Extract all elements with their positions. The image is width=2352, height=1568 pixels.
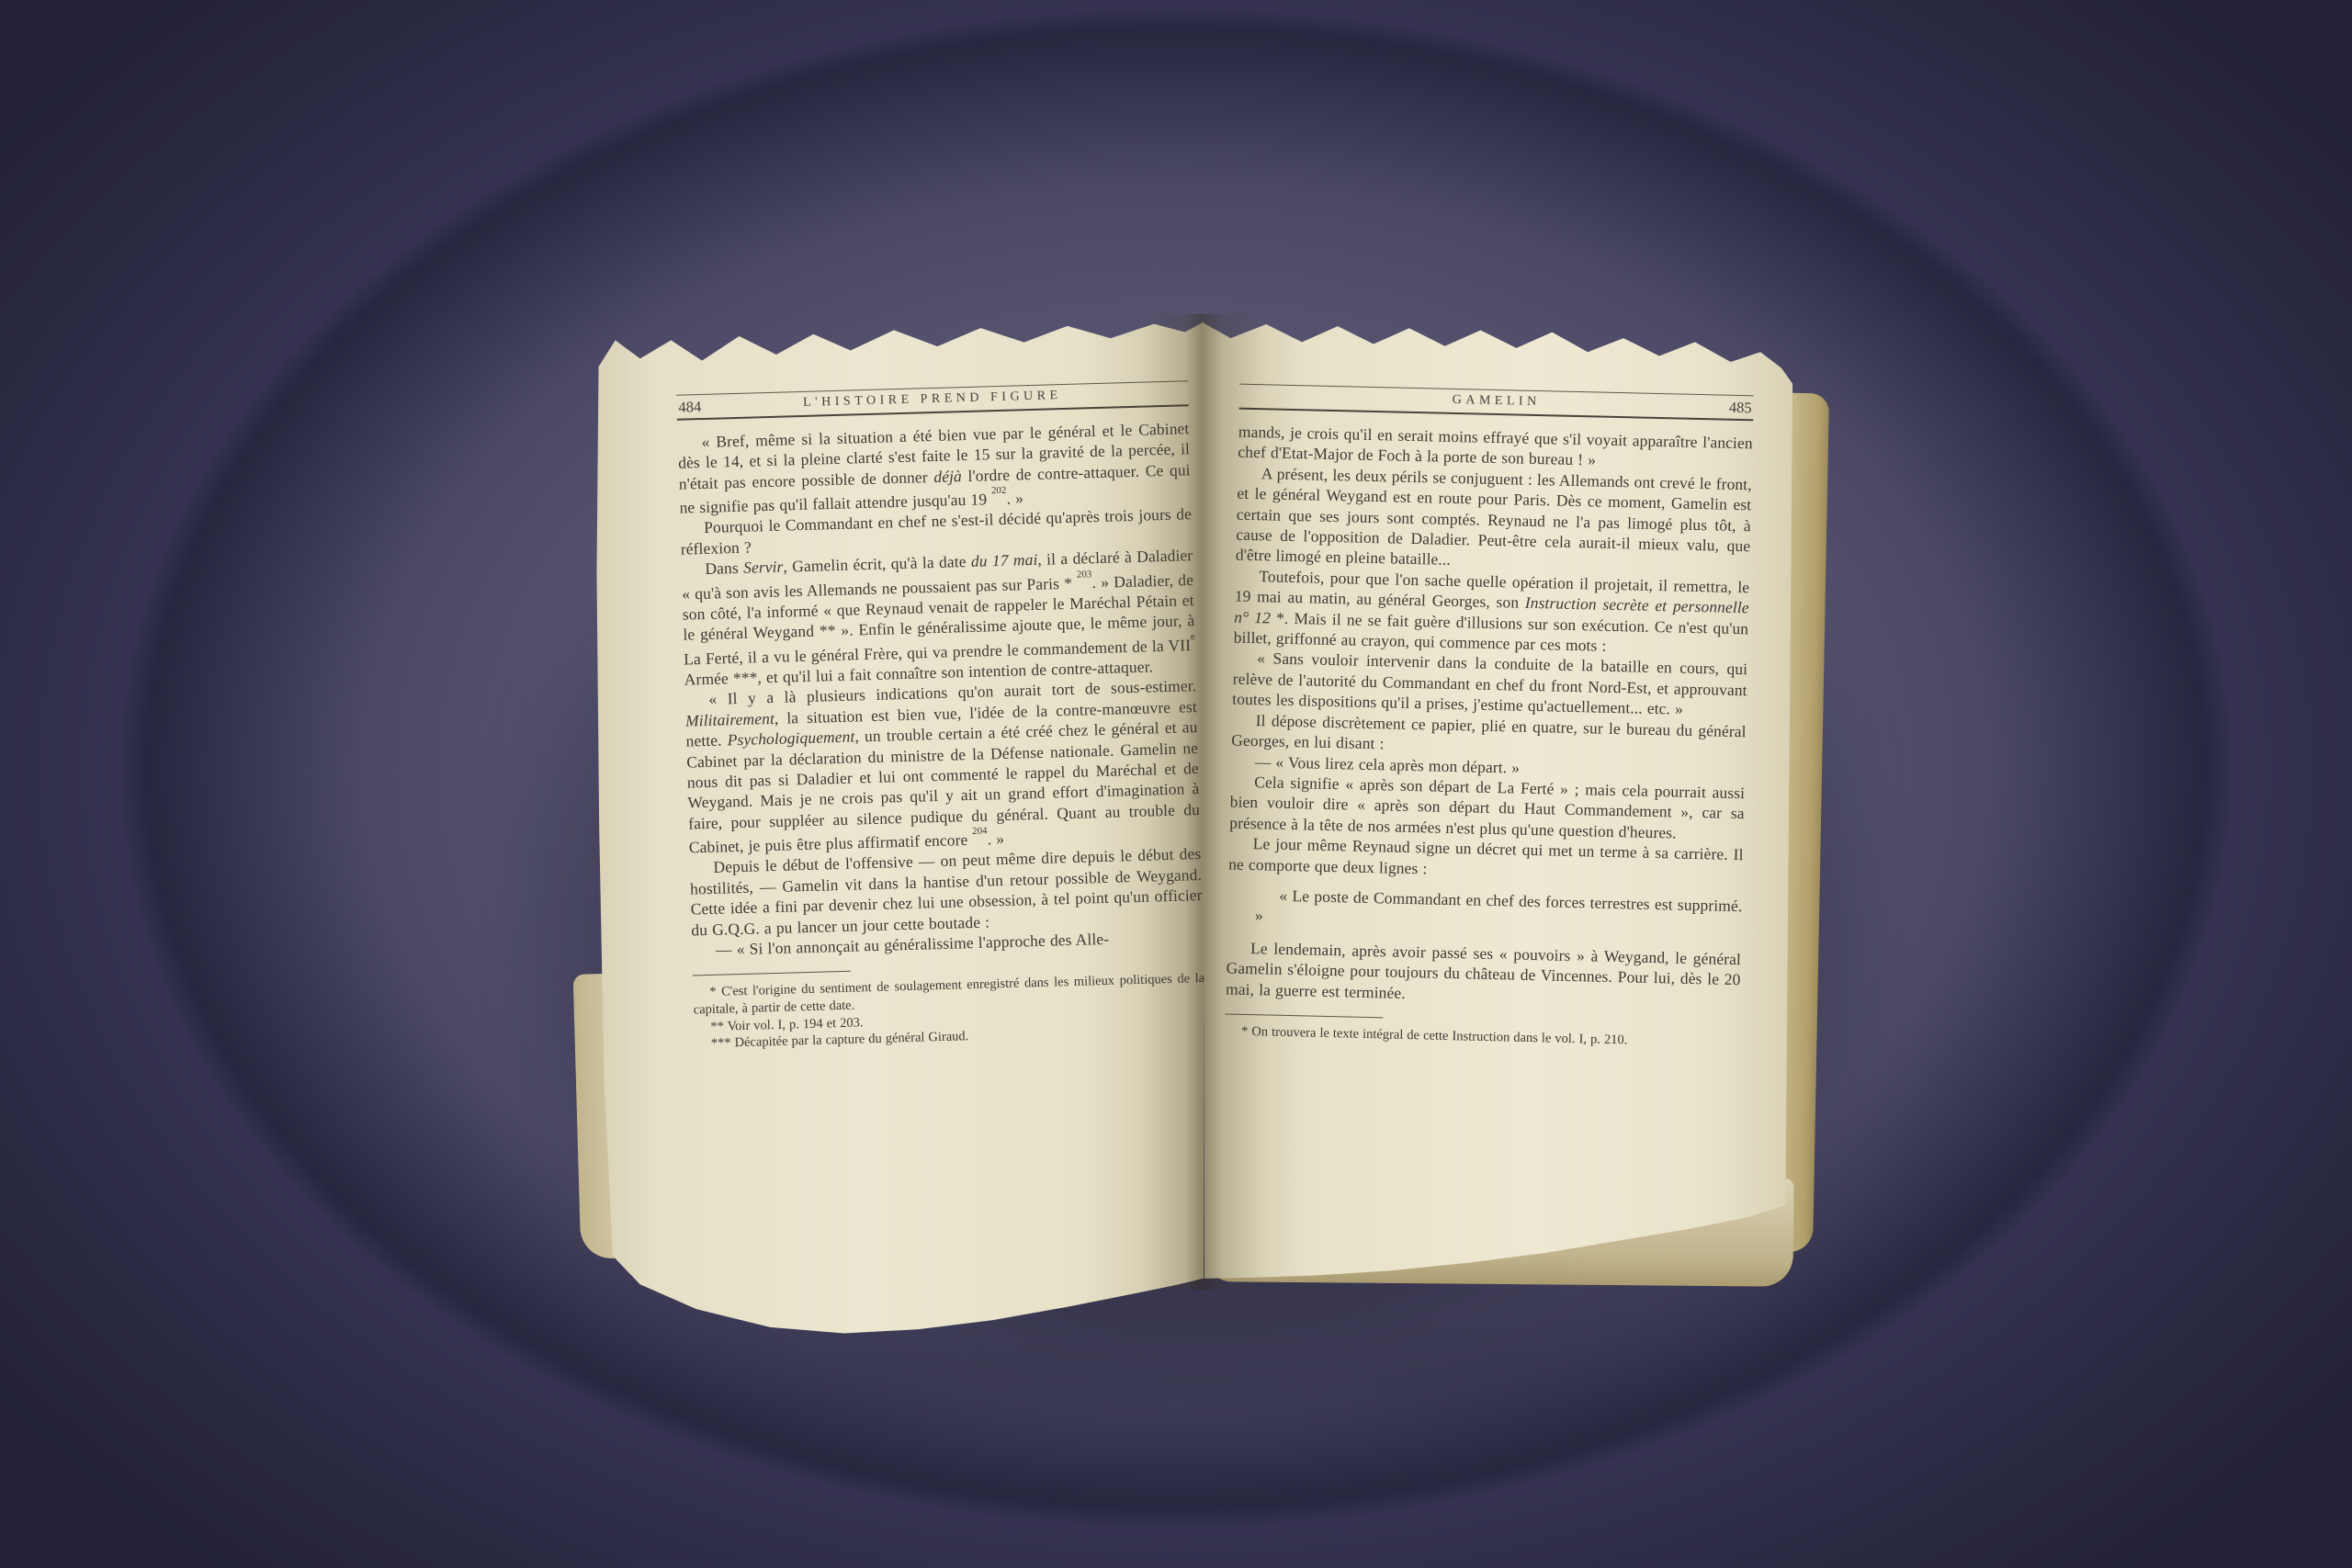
paragraph: Dans Servir, Gamelin écrit, qu'à la date… xyxy=(681,545,1196,690)
book-page-left: 484 L'HISTOIRE PREND FIGURE « Bref, même… xyxy=(584,318,1204,1337)
page-body: « Bref, même si la situation a été bien … xyxy=(677,418,1204,961)
book-gutter-shadow xyxy=(1142,314,1263,1290)
paragraph: « Il y a là plusieurs indications qu'on … xyxy=(684,675,1201,858)
page-body: mands, je crois qu'il en serait moins ef… xyxy=(1226,422,1753,1011)
paragraph: Depuis le début de l'offensive — on peut… xyxy=(689,843,1203,940)
running-title: GAMELIN xyxy=(1453,393,1541,410)
page-header: GAMELIN 485 xyxy=(1238,384,1753,422)
paragraph: Cela signifie « après son départ de La F… xyxy=(1229,771,1745,844)
book-page-right: GAMELIN 485 mands, je crois qu'il en ser… xyxy=(1201,312,1796,1304)
photo-background: 484 L'HISTOIRE PREND FIGURE « Bref, même… xyxy=(0,0,2352,1568)
page-number: 484 xyxy=(678,398,701,417)
footnote: * On trouvera le texte intégral de cette… xyxy=(1225,1022,1739,1051)
paragraph: « Bref, même si la situation a été bien … xyxy=(677,418,1191,518)
paragraph: « Le poste de Commandant en chef des for… xyxy=(1255,885,1743,937)
footnotes: * C'est l'origine du sentiment de soulag… xyxy=(693,970,1206,1053)
paragraph: « Sans vouloir intervenir dans la condui… xyxy=(1232,648,1747,721)
footnote-rule xyxy=(693,971,851,976)
page-number: 485 xyxy=(1729,399,1752,418)
paragraph: Le lendemain, après avoir passé ses « po… xyxy=(1226,937,1741,1010)
paragraph: Toutefois, pour que l'on sache quelle op… xyxy=(1234,565,1750,659)
paragraph: A présent, les deux périls se conjuguent… xyxy=(1236,462,1752,577)
running-title: L'HISTOIRE PREND FIGURE xyxy=(803,389,1062,411)
page-right-content: GAMELIN 485 mands, je crois qu'il en ser… xyxy=(1225,384,1754,1052)
page-left-content: 484 L'HISTOIRE PREND FIGURE « Bref, même… xyxy=(676,380,1206,1053)
page-header: 484 L'HISTOIRE PREND FIGURE xyxy=(676,380,1189,421)
footnotes: * On trouvera le texte intégral de cette… xyxy=(1225,1022,1739,1051)
